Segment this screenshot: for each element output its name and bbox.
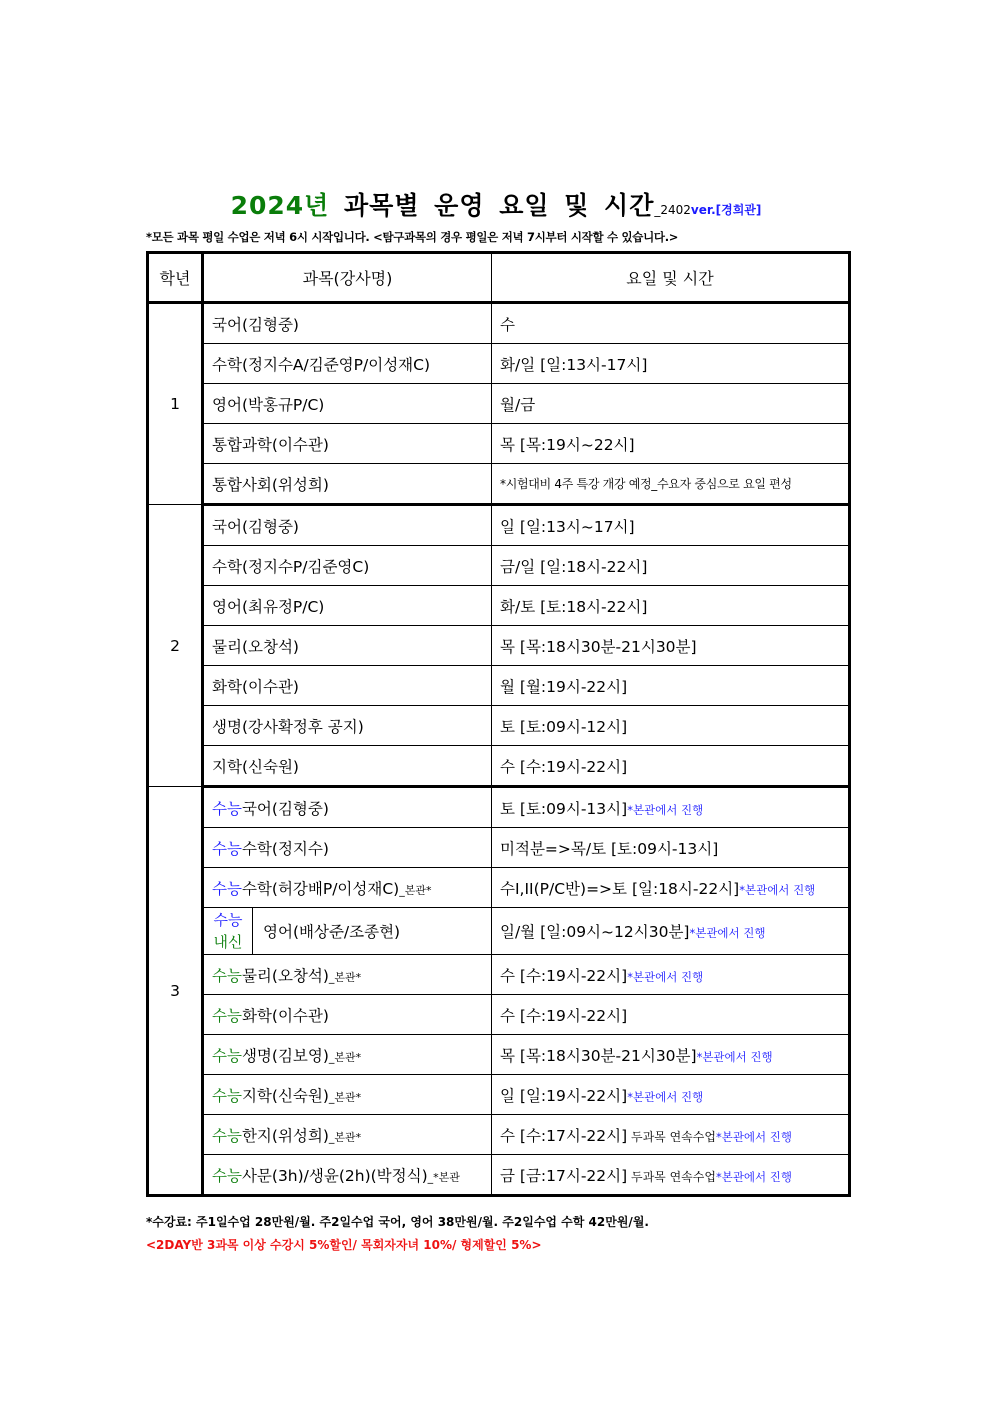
- subject-cell: 수능화학(이수관): [203, 995, 492, 1035]
- location-note: *본관에서 진행: [627, 1090, 703, 1104]
- time-cell: 토 [토:09시-12시]: [492, 706, 850, 746]
- branch-note: _본관*: [329, 971, 361, 984]
- title-year: 2024년: [231, 191, 330, 220]
- header-grade: 학년: [148, 253, 203, 303]
- table-row: 3 수능국어(김형중) 토 [토:09시-13시]*본관에서 진행: [148, 787, 850, 828]
- subject-cell: 수능한지(위성희)_본관*: [203, 1115, 492, 1155]
- table-row: 화학(이수관) 월 [월:19시-22시]: [148, 666, 850, 706]
- fee-note: *수강료: 주1일수업 28만원/월. 주2일수업 국어, 영어 38만원/월.…: [146, 1213, 649, 1230]
- time-text: 토 [토:09시-13시]: [500, 800, 627, 818]
- table-row: 수능 내신 영어(배상준/조종현) 일/월 [일:09시~12시30분]*본관에…: [148, 908, 850, 955]
- time-cell: 목 [목:19시~22시]: [492, 424, 850, 464]
- location-note: *본관에서 진행: [627, 803, 703, 817]
- title-main: 과목별 운영 요일 및 시간: [329, 191, 654, 220]
- location-note: *본관에서 진행: [716, 1130, 792, 1144]
- time-text: 수 [수:17시-22시]: [500, 1127, 627, 1145]
- subject-text: 수학(정지수): [242, 840, 329, 858]
- time-cell: 화/일 [일:13시-17시]: [492, 344, 850, 384]
- table-row: 영어(박홍규P/C) 월/금: [148, 384, 850, 424]
- subject-text: 지학(신숙원): [242, 1087, 329, 1105]
- suneung-label: 수능: [212, 1007, 242, 1025]
- subject-text: 영어(배상준/조종현): [253, 908, 400, 954]
- time-cell: 일/월 [일:09시~12시30분]*본관에서 진행: [492, 908, 850, 955]
- subject-cell: 국어(김형중): [203, 303, 492, 344]
- table-row: 수학(정지수A/김준영P/이성재C) 화/일 [일:13시-17시]: [148, 344, 850, 384]
- time-cell: 목 [목:18시30분-21시30분]: [492, 626, 850, 666]
- subject-text: 한지(위성희): [242, 1127, 329, 1145]
- subject-cell: 영어(박홍규P/C): [203, 384, 492, 424]
- time-cell: 목 [목:18시30분-21시30분]*본관에서 진행: [492, 1035, 850, 1075]
- location-note: *본관에서 진행: [716, 1170, 792, 1184]
- time-cell: 수 [수:19시-22시]*본관에서 진행: [492, 955, 850, 995]
- table-row: 수능사문(3h)/생윤(2h)(박정식)_*본관 금 [금:17시-22시] 두…: [148, 1155, 850, 1196]
- subject-cell: 수학(정지수A/김준영P/이성재C): [203, 344, 492, 384]
- table-row: 영어(최유정P/C) 화/토 [토:18시-22시]: [148, 586, 850, 626]
- naesin-label: 내신: [214, 931, 243, 953]
- consecutive-note: 두과목 연속수업: [627, 1130, 716, 1144]
- branch-note: _본관*: [329, 1051, 361, 1064]
- location-note: *본관에서 진행: [689, 926, 765, 940]
- subject-cell: 수능생명(김보영)_본관*: [203, 1035, 492, 1075]
- subject-text: 물리(오창석): [242, 967, 329, 985]
- title-version: _2402ver.[경희관]: [654, 203, 761, 217]
- time-cell: 토 [토:09시-13시]*본관에서 진행: [492, 787, 850, 828]
- table-row: 수능수학(정지수) 미적분=>목/토 [토:09시-13시]: [148, 828, 850, 868]
- subject-cell: 수학(정지수P/김준영C): [203, 546, 492, 586]
- table-header-row: 학년 과목(강사명) 요일 및 시간: [148, 253, 850, 303]
- table-row: 물리(오창석) 목 [목:18시30분-21시30분]: [148, 626, 850, 666]
- location-note: *본관에서 진행: [627, 970, 703, 984]
- grade-cell-1: 1: [148, 303, 203, 505]
- table-row: 지학(신숙원) 수 [수:19시-22시]: [148, 746, 850, 787]
- time-text: 일/월 [일:09시~12시30분]: [500, 923, 689, 941]
- subject-text: 국어(김형중): [242, 800, 329, 818]
- subject-cell: 국어(김형중): [203, 505, 492, 546]
- table-row: 2 국어(김형중) 일 [일:13시~17시]: [148, 505, 850, 546]
- suneung-label: 수능: [212, 1127, 242, 1145]
- table-row: 통합사회(위성희) *시험대비 4주 특강 개강 예정_수요자 중심으로 요일 …: [148, 464, 850, 505]
- header-subject: 과목(강사명): [203, 253, 492, 303]
- subject-text: 수학(허강배P/이성재C): [242, 880, 399, 898]
- time-cell: 금 [금:17시-22시] 두과목 연속수업*본관에서 진행: [492, 1155, 850, 1196]
- subject-cell: 수능수학(정지수): [203, 828, 492, 868]
- time-cell: 일 [일:19시-22시]*본관에서 진행: [492, 1075, 850, 1115]
- split-subject: 수능 내신 영어(배상준/조종현): [204, 908, 491, 954]
- location-note: *본관에서 진행: [697, 1050, 773, 1064]
- grade-cell-3: 3: [148, 787, 203, 1196]
- track-labels: 수능 내신: [204, 908, 253, 954]
- time-cell: 월 [월:19시-22시]: [492, 666, 850, 706]
- subject-cell: 수능수학(허강배P/이성재C)_본관*: [203, 868, 492, 908]
- grade-cell-2: 2: [148, 505, 203, 787]
- time-cell: *시험대비 4주 특강 개강 예정_수요자 중심으로 요일 편성: [492, 464, 850, 505]
- time-text: 수 [수:19시-22시]: [500, 967, 627, 985]
- subject-cell: 수능물리(오창석)_본관*: [203, 955, 492, 995]
- time-cell: 월/금: [492, 384, 850, 424]
- time-cell: 일 [일:13시~17시]: [492, 505, 850, 546]
- table-row: 수능지학(신숙원)_본관* 일 [일:19시-22시]*본관에서 진행: [148, 1075, 850, 1115]
- suneung-label: 수능: [212, 800, 242, 818]
- table-row: 수학(정지수P/김준영C) 금/일 [일:18시-22시]: [148, 546, 850, 586]
- time-cell: 수I,II(P/C반)=>토 [일:18시-22시]*본관에서 진행: [492, 868, 850, 908]
- table-row: 수능생명(김보영)_본관* 목 [목:18시30분-21시30분]*본관에서 진…: [148, 1035, 850, 1075]
- subject-cell: 화학(이수관): [203, 666, 492, 706]
- subject-cell: 수능 내신 영어(배상준/조종현): [203, 908, 492, 955]
- subject-text: 생명(김보영): [242, 1047, 329, 1065]
- header-time: 요일 및 시간: [492, 253, 850, 303]
- discount-note: <2DAY반 3과목 이상 수강시 5%할인/ 목회자자녀 10%/ 형제할인 …: [146, 1236, 542, 1253]
- subject-text: 화학(이수관): [242, 1007, 329, 1025]
- table-row: 통합과학(이수관) 목 [목:19시~22시]: [148, 424, 850, 464]
- branch-note: _본관*: [329, 1091, 361, 1104]
- time-cell: 미적분=>목/토 [토:09시-13시]: [492, 828, 850, 868]
- subject-cell: 물리(오창석): [203, 626, 492, 666]
- subject-cell: 통합과학(이수관): [203, 424, 492, 464]
- subject-text: 사문(3h)/생윤(2h)(박정식): [242, 1167, 428, 1185]
- subject-cell: 생명(강사확정후 공지): [203, 706, 492, 746]
- version-number: _2402: [654, 203, 691, 217]
- time-text: 목 [목:18시30분-21시30분]: [500, 1047, 697, 1065]
- time-cell: 수 [수:19시-22시]: [492, 746, 850, 787]
- subject-cell: 수능국어(김형중): [203, 787, 492, 828]
- table-row: 생명(강사확정후 공지) 토 [토:09시-12시]: [148, 706, 850, 746]
- page-title: 2024년 과목별 운영 요일 및 시간_2402ver.[경희관]: [0, 186, 992, 222]
- time-text: 미적분=>목/토 [토:09시-13시]: [500, 840, 718, 858]
- version-branch: ver.[경희관]: [691, 203, 761, 217]
- branch-note: _*본관: [428, 1171, 460, 1184]
- table-row: 수능수학(허강배P/이성재C)_본관* 수I,II(P/C반)=>토 [일:18…: [148, 868, 850, 908]
- table-row: 수능한지(위성희)_본관* 수 [수:17시-22시] 두과목 연속수업*본관에…: [148, 1115, 850, 1155]
- location-note: *본관에서 진행: [739, 883, 815, 897]
- suneung-label: 수능: [212, 967, 242, 985]
- consecutive-note: 두과목 연속수업: [627, 1170, 716, 1184]
- subject-cell: 수능사문(3h)/생윤(2h)(박정식)_*본관: [203, 1155, 492, 1196]
- schedule-note: *모든 과목 평일 수업은 저녁 6시 시작입니다. <탐구과목의 경우 평일은…: [146, 229, 678, 245]
- suneung-label: 수능: [212, 1047, 242, 1065]
- time-cell: 수 [수:19시-22시]: [492, 995, 850, 1035]
- time-text: 일 [일:19시-22시]: [500, 1087, 627, 1105]
- subject-cell: 지학(신숙원): [203, 746, 492, 787]
- suneung-label: 수능: [212, 1087, 242, 1105]
- time-cell: 금/일 [일:18시-22시]: [492, 546, 850, 586]
- time-text: 수I,II(P/C반)=>토 [일:18시-22시]: [500, 880, 739, 898]
- subject-cell: 영어(최유정P/C): [203, 586, 492, 626]
- time-cell: 수: [492, 303, 850, 344]
- table-row: 수능물리(오창석)_본관* 수 [수:19시-22시]*본관에서 진행: [148, 955, 850, 995]
- branch-note: _본관*: [329, 1131, 361, 1144]
- table-row: 1 국어(김형중) 수: [148, 303, 850, 344]
- time-text: 수 [수:19시-22시]: [500, 1007, 627, 1025]
- subject-cell: 수능지학(신숙원)_본관*: [203, 1075, 492, 1115]
- time-cell: 화/토 [토:18시-22시]: [492, 586, 850, 626]
- subject-cell: 통합사회(위성희): [203, 464, 492, 505]
- suneung-label: 수능: [212, 1167, 242, 1185]
- branch-note: _본관*: [399, 884, 431, 897]
- suneung-label: 수능: [212, 880, 242, 898]
- suneung-label: 수능: [212, 840, 242, 858]
- table-row: 수능화학(이수관) 수 [수:19시-22시]: [148, 995, 850, 1035]
- time-text: 금 [금:17시-22시]: [500, 1167, 627, 1185]
- time-cell: 수 [수:17시-22시] 두과목 연속수업*본관에서 진행: [492, 1115, 850, 1155]
- suneung-label: 수능: [214, 909, 243, 931]
- schedule-table: 학년 과목(강사명) 요일 및 시간 1 국어(김형중) 수 수학(정지수A/김…: [146, 251, 851, 1197]
